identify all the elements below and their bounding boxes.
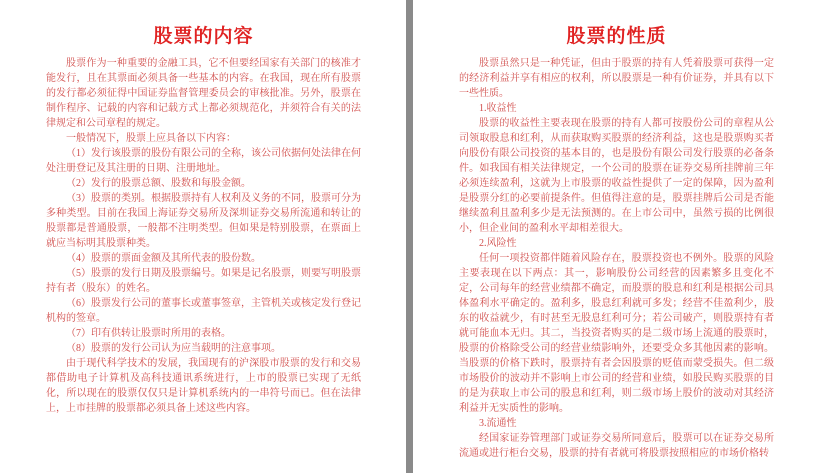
page-body: 股票虽然只是一种凭证，但由于股票的持有人凭着股票可获得一定的经济利益并享有相应的…	[459, 56, 774, 461]
paragraph: （8）股票的发行公司认为应当载明的注意事项。	[46, 341, 361, 356]
paragraph: 3.流通性	[459, 416, 774, 431]
paragraph: （3）股票的类别。根据股票持有人权利及义务的不同，股票可分为多种类型。目前在我国…	[46, 191, 361, 251]
page-title: 股票的性质	[459, 26, 774, 48]
paragraph: 任何一项投资都伴随着风险存在，股票投资也不例外。股票的风险主要表现在以下两点：其…	[459, 251, 774, 416]
paragraph: （1）发行该股票的股份有限公司的全称，该公司依据何处法律在何处注册登记及其注册的…	[46, 146, 361, 176]
page-body: 股票作为一种重要的金融工具，它不但要经国家有关部门的核准才能发行，且在其票面必须…	[46, 56, 361, 416]
paragraph: 股票的收益性主要表现在股票的持有人都可按股份公司的章程从公司领取股息和红利，从而…	[459, 116, 774, 236]
paragraph: 股票作为一种重要的金融工具，它不但要经国家有关部门的核准才能发行，且在其票面必须…	[46, 56, 361, 131]
paragraph: （5）股票的发行日期及股票编号。如果是记名股票，则要写明股票持有者（股东）的姓名…	[46, 266, 361, 296]
paragraph: 一般情况下，股票上应具备以下内容：	[46, 131, 361, 146]
paragraph: 由于现代科学技术的发展，我国现有的沪深股市股票的发行和交易都借助电子计算机及高科…	[46, 356, 361, 416]
page-right: 股票的性质 股票虽然只是一种凭证，但由于股票的持有人凭着股票可获得一定的经济利益…	[413, 0, 819, 473]
paragraph: 1.收益性	[459, 101, 774, 116]
document-spread: 股票的内容 股票作为一种重要的金融工具，它不但要经国家有关部门的核准才能发行，且…	[0, 0, 819, 473]
paragraph: （2）发行的股票总额、股数和每股金额。	[46, 176, 361, 191]
paragraph: 股票虽然只是一种凭证，但由于股票的持有人凭着股票可获得一定的经济利益并享有相应的…	[459, 56, 774, 101]
paragraph: 2.风险性	[459, 236, 774, 251]
page-divider	[406, 0, 413, 473]
paragraph: （4）股票的票面金额及其所代表的股份数。	[46, 251, 361, 266]
paragraph: 经国家证券管理部门或证券交易所同意后，股票可以在证券交易所流通或进行柜台交易，股…	[459, 431, 774, 461]
paragraph: （7）印有供转让股票时所用的表格。	[46, 326, 361, 341]
page-title: 股票的内容	[46, 26, 361, 48]
paragraph: （6）股票发行公司的董事长或董事签章，主管机关或核定发行登记机构的签章。	[46, 296, 361, 326]
page-left: 股票的内容 股票作为一种重要的金融工具，它不但要经国家有关部门的核准才能发行，且…	[0, 0, 406, 473]
